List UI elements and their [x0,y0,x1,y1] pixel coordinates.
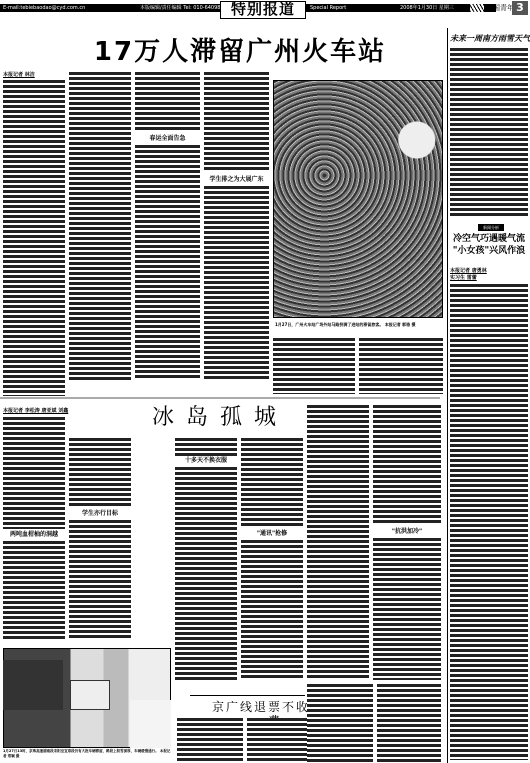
second-story-col-2b [69,520,131,640]
main-story-col-2 [69,72,131,380]
main-subhead-1: 春运全面告急 [135,135,200,143]
masthead: E-mail:tebiebaodao@cyd.com.cn 本版编辑/责任编辑 … [0,0,530,20]
second-story-col-3b [175,467,237,680]
third-story-rule [190,695,305,696]
sidebar-story-2 [450,284,528,760]
main-headline: 17万人滞留广州火车站 [50,38,430,66]
second-story-col-4a [241,438,303,528]
second-story-col-2a [69,438,131,506]
second-story-col-5 [307,405,369,680]
news-analysis-tag: 新闻分析 [478,224,504,231]
second-story-col-3a [175,438,237,456]
third-story-col-1 [177,718,243,763]
masthead-email: E-mail:tebiebaodao@cyd.com.cn [3,4,85,12]
section-divider [0,397,440,399]
second-subhead-2: 学生亦行目标 [69,510,131,518]
second-story-col-4b [241,540,303,680]
hatch-decoration-icon [470,4,484,12]
main-story-col-3b [135,145,200,380]
sidebar-byline-2: 实习生 雷蕾 [450,275,477,282]
section-title-en: Special Report [310,4,346,12]
second-subhead-4: "通讯"抢修 [241,530,303,538]
sidebar-divider [447,28,448,763]
second-story-col-1b [3,541,65,641]
second-byline: 本报记者 李松涛 唐亚斌 刘鑫 [3,408,68,415]
snow-photo-caption: 1月27日13时，京珠高速湖南段耒阳至宜章段仍有大批车辆滞留，路段上积雪深厚，车… [3,749,173,759]
second-story-col-1a [3,417,65,529]
main-subhead-2: 学生排之为大展广东 [204,176,269,184]
second-subhead-3: 两吨血柑柚的洞越 [3,531,65,539]
second-subhead-1: 十多天不换衣服 [175,457,237,465]
main-story-col-3a [135,72,200,132]
issue-date: 2008年1月30日 星期三 [400,4,454,12]
crowd-photo-caption: 1月27日，广州火车站广场外站马路挤满了进站的滞留旅客。 本报记者 郭骆 摄 [275,322,443,328]
main-story-col-6 [359,338,443,394]
main-story-col-1 [3,80,65,380]
sidebar-headline-2: 冷空气巧遇暖气流 "小女孩"兴风作浪 [448,233,530,257]
third-story-col-4 [377,684,441,763]
second-story-col-6a [373,405,441,525]
third-story-col-3 [307,684,373,763]
page-number: 3 [512,1,528,15]
second-headline: 冰岛孤城 [130,405,310,431]
masthead-editor-tel: 本版编辑/责任编辑 Tel: 010-64098215 [140,4,230,12]
second-subhead-5: "抗洪加冷" [373,528,441,536]
main-byline: 本报记者 林洁 [3,72,35,79]
section-title: 特别报道 [220,1,306,19]
crowd-photo [273,80,443,318]
main-story-col-4b [204,186,269,380]
main-story-col-4a [204,72,269,172]
snow-photo-bus [70,680,110,710]
second-story-top-col-1 [3,380,65,396]
snow-photo-snowbank [130,700,171,748]
sidebar-byline: 本报记者 唐勇林 [450,268,487,275]
main-story-col-5 [273,338,355,394]
third-story-col-2 [247,718,313,763]
sidebar-headline: 未来一周南方雨雪天气多 [450,33,530,43]
snow-photo-truck [3,660,63,710]
sidebar-story-1 [450,48,528,218]
second-story-col-6b [373,538,441,680]
